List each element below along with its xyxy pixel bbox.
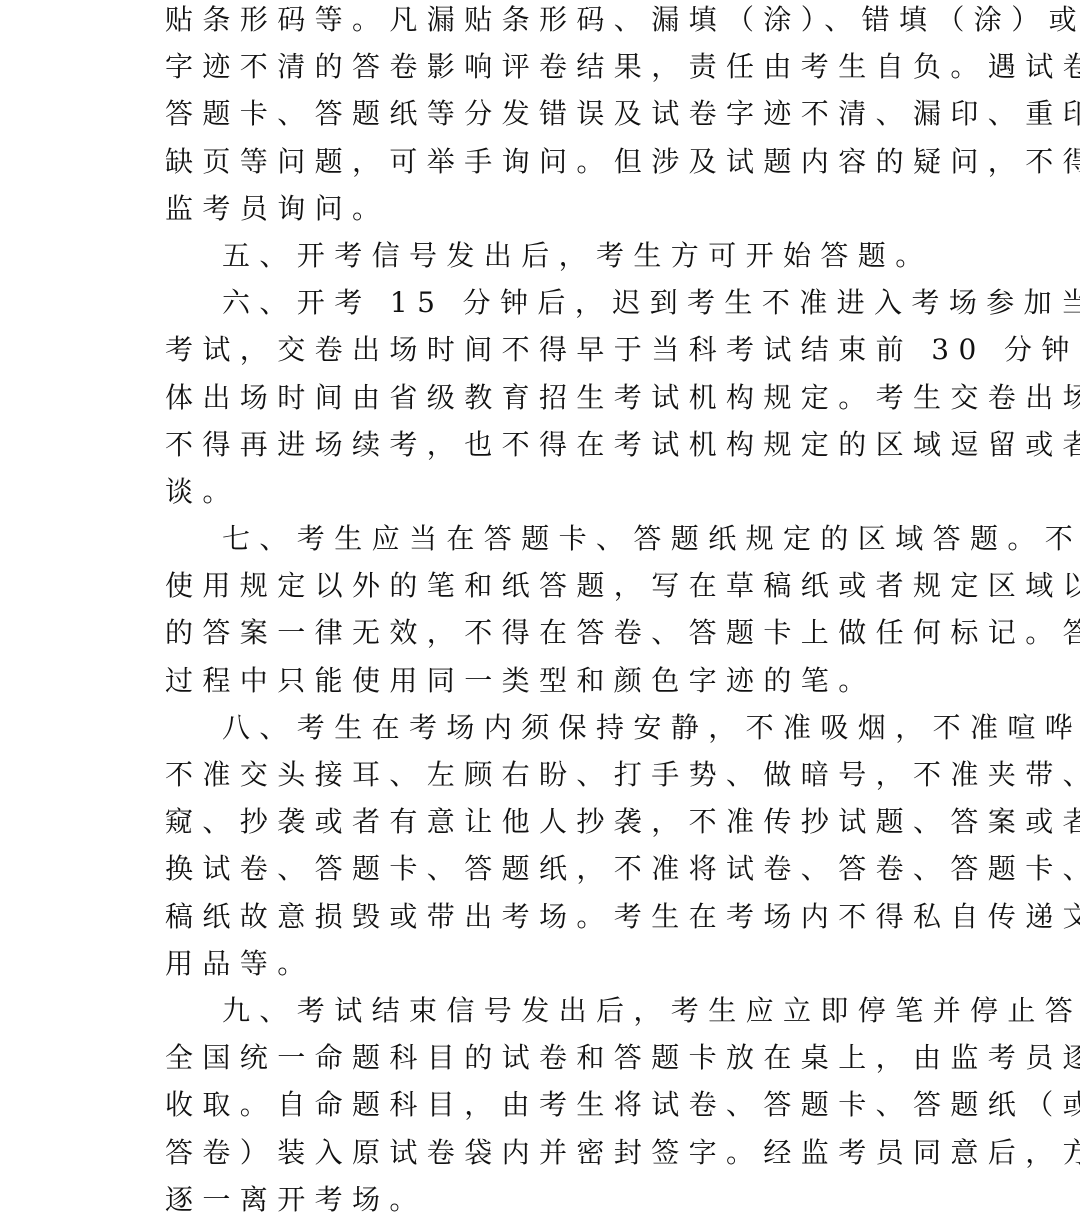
text-line: 六、开考 15 分钟后，迟到考生不准进入考场参加当科 [165, 279, 965, 326]
text-line: 字迹不清的答卷影响评卷结果，责任由考生自负。遇试卷、 [165, 43, 965, 90]
text-line: 考试，交卷出场时间不得早于当科考试结束前 30 分钟，具 [165, 326, 965, 373]
paragraph-4-continued: 贴条形码等。凡漏贴条形码、漏填（涂）、错填（涂）或者 字迹不清的答卷影响评卷结果… [165, 0, 965, 232]
text-line: 过程中只能使用同一类型和颜色字迹的笔。 [165, 657, 965, 704]
text-line: 七、考生应当在答题卡、答题纸规定的区域答题。不得 [165, 515, 965, 562]
paragraph-9: 九、考试结束信号发出后，考生应立即停笔并停止答题。 全国统一命题科目的试卷和答题… [165, 987, 965, 1219]
text-line: 收取。自命题科目，由考生将试卷、答题卡、答题纸（或者 [165, 1081, 965, 1128]
document-page: 贴条形码等。凡漏贴条形码、漏填（涂）、错填（涂）或者 字迹不清的答卷影响评卷结果… [165, 0, 965, 1219]
text-line: 窥、抄袭或者有意让他人抄袭，不准传抄试题、答案或者交 [165, 798, 965, 845]
text-line: 监考员询问。 [165, 185, 965, 232]
paragraph-5: 五、开考信号发出后，考生方可开始答题。 [165, 232, 965, 279]
text-line: 谈。 [165, 468, 965, 515]
paragraph-6: 六、开考 15 分钟后，迟到考生不准进入考场参加当科 考试，交卷出场时间不得早于… [165, 279, 965, 515]
text-line: 答卷）装入原试卷袋内并密封签字。经监考员同意后，方可 [165, 1129, 965, 1176]
text-line: 九、考试结束信号发出后，考生应立即停笔并停止答题。 [165, 987, 965, 1034]
paragraph-8: 八、考生在考场内须保持安静，不准吸烟，不准喧哗， 不准交头接耳、左顾右盼、打手势… [165, 704, 965, 987]
text-line: 全国统一命题科目的试卷和答题卡放在桌上，由监考员逐一 [165, 1034, 965, 1081]
text-line: 不准交头接耳、左顾右盼、打手势、做暗号，不准夹带、旁 [165, 751, 965, 798]
text-line: 答题卡、答题纸等分发错误及试卷字迹不清、漏印、重印、 [165, 90, 965, 137]
text-line: 八、考生在考场内须保持安静，不准吸烟，不准喧哗， [165, 704, 965, 751]
text-line: 贴条形码等。凡漏贴条形码、漏填（涂）、错填（涂）或者 [165, 0, 965, 43]
text-line: 五、开考信号发出后，考生方可开始答题。 [165, 232, 965, 279]
text-line: 使用规定以外的笔和纸答题，写在草稿纸或者规定区域以外 [165, 562, 965, 609]
text-line: 不得再进场续考，也不得在考试机构规定的区域逗留或者交 [165, 421, 965, 468]
text-line: 稿纸故意损毁或带出考场。考生在考场内不得私自传递文具、 [165, 893, 965, 940]
text-line: 体出场时间由省级教育招生考试机构规定。考生交卷出场后 [165, 374, 965, 421]
paragraph-7: 七、考生应当在答题卡、答题纸规定的区域答题。不得 使用规定以外的笔和纸答题，写在… [165, 515, 965, 704]
text-line: 用品等。 [165, 940, 965, 987]
text-line: 缺页等问题，可举手询问。但涉及试题内容的疑问，不得向 [165, 138, 965, 185]
text-line: 逐一离开考场。 [165, 1176, 965, 1219]
text-line: 换试卷、答题卡、答题纸，不准将试卷、答卷、答题卡、草 [165, 845, 965, 892]
text-line: 的答案一律无效，不得在答卷、答题卡上做任何标记。答题 [165, 609, 965, 656]
